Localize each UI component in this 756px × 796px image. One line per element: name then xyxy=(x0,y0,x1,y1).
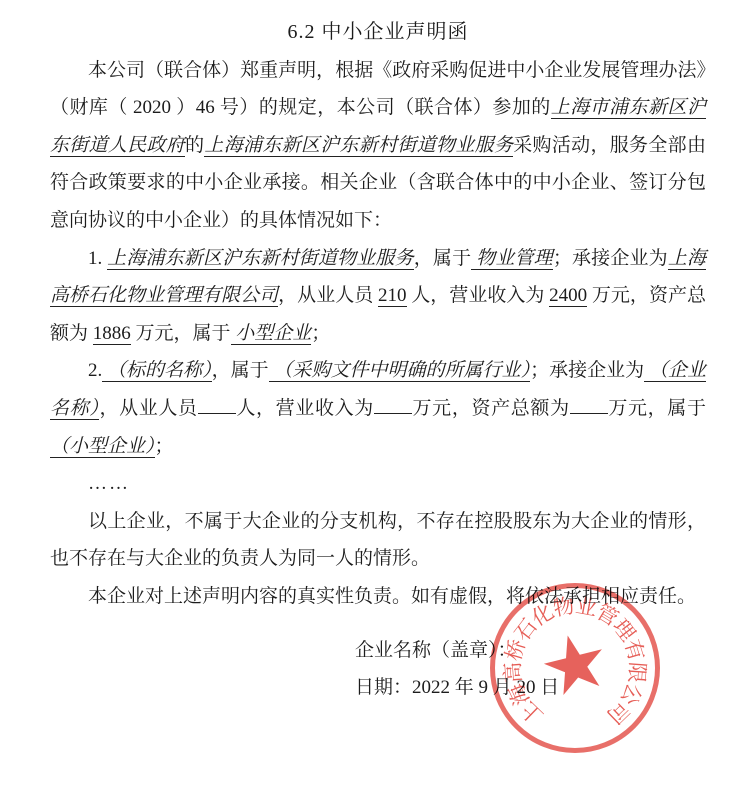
text-run: 1. xyxy=(88,248,107,269)
text-run: （小型企业） xyxy=(50,436,155,458)
text-run: 2400 xyxy=(549,285,587,307)
text-run: 上海浦东新区沪东新村街道物业服务 xyxy=(107,248,414,270)
text-run: 人，营业收入为 xyxy=(407,285,550,306)
text-run: 人，营业收入为 xyxy=(236,398,374,419)
text-run: ； xyxy=(311,323,330,344)
text-run: 称） xyxy=(70,398,100,420)
text-run: 的 xyxy=(185,135,204,156)
blank-fill-underline xyxy=(570,394,608,414)
text-run: ； xyxy=(155,436,174,457)
text-run: 小型企业 xyxy=(231,323,312,345)
text-run: 万元，属于 xyxy=(608,398,706,419)
paragraph: 本公司（联合体）郑重声明，根据《政府采购促进中小企业发展管理办法》（财库（ 20… xyxy=(50,52,706,240)
paragraph: 以上企业，不属于大企业的分支机构，不存在控股股东为大企业的情形，也不存在与大企业… xyxy=(50,503,706,578)
text-run: 2. xyxy=(88,360,102,381)
text-run: 物业管理 xyxy=(471,248,553,270)
signature-block: 企业名称（盖章）： 日期：2022 年 9 月 20 日 xyxy=(355,632,706,707)
document-body: 本公司（联合体）郑重声明，根据《政府采购促进中小企业发展管理办法》（财库（ 20… xyxy=(50,52,706,616)
document-title: 6.2 中小企业声明函 xyxy=(50,14,706,52)
paragraph: 1. 上海浦东新区沪东新村街道物业服务，属于 物业管理；承接企业为上海高桥石化物… xyxy=(50,240,706,353)
paragraph: 本企业对上述声明内容的真实性负责。如有虚假，将依法承担相应责任。 xyxy=(50,578,706,616)
text-run: ，属于 xyxy=(212,360,269,381)
blank-fill-underline xyxy=(198,394,236,414)
text-run: 万元，属于 xyxy=(131,323,231,344)
paragraph: 2. （标的名称），属于 （采购文件中明确的所属行业）；承接企业为 （企业名称）… xyxy=(50,352,706,465)
text-run: ；承接企业为 xyxy=(553,248,668,269)
text-run: ，属于 xyxy=(414,248,472,269)
text-run: ，从业人员 xyxy=(99,398,197,419)
text-run: 上海浦东新区沪东新村街道物业服务 xyxy=(204,135,513,157)
date-line: 日期：2022 年 9 月 20 日 xyxy=(355,669,706,707)
declaration-document-page: 6.2 中小企业声明函 本公司（联合体）郑重声明，根据《政府采购促进中小企业发展… xyxy=(0,0,756,796)
text-run: 以上企业，不属于大企业的分支机构，不存在控股股东为大企业的情形，也不存在与大企业… xyxy=(50,511,706,570)
company-seal-label: 企业名称（盖章）： xyxy=(355,632,706,670)
text-run: ，从业人员 xyxy=(278,285,378,306)
text-run: （采购文件中明确的所属行业） xyxy=(269,360,530,382)
text-run: ；承接企业为 xyxy=(530,360,644,381)
text-run: …… xyxy=(88,473,130,494)
text-run: 1886 xyxy=(93,323,131,345)
paragraph: …… xyxy=(50,465,706,503)
text-run: （标的名称） xyxy=(102,360,211,382)
blank-fill-underline xyxy=(374,394,412,414)
text-run: 万元，资产总额为 xyxy=(412,398,570,419)
text-run: 210 xyxy=(378,285,407,307)
text-run: 本企业对上述声明内容的真实性负责。如有虚假，将依法承担相应责任。 xyxy=(88,586,696,607)
